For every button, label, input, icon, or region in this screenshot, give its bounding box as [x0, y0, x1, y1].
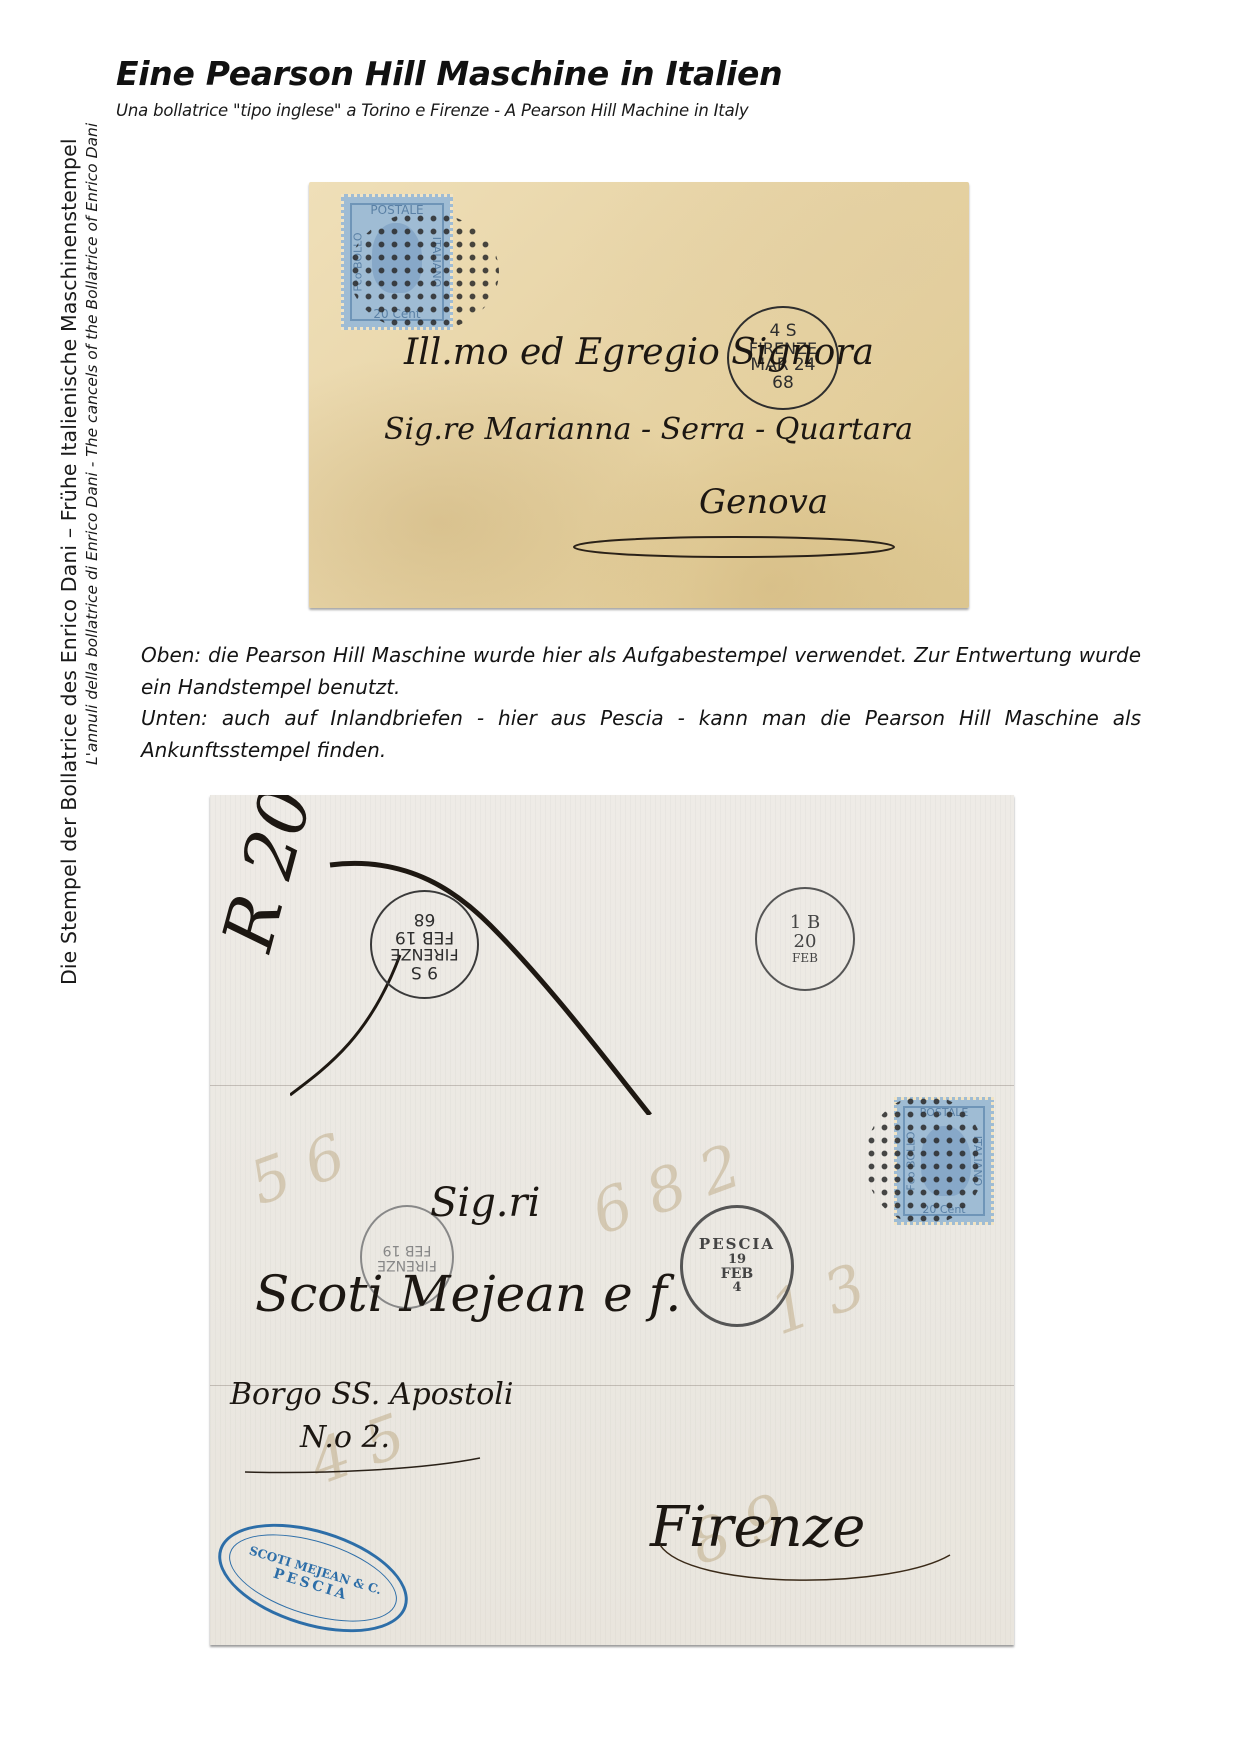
series-subtitle-vertical: L'annuli della bollatrice di Enrico Dani…	[83, 123, 101, 765]
address-street: Borgo SS. Apostoli	[230, 1377, 513, 1412]
address-line-2: Sig.re Marianna - Serra - Quartara	[384, 412, 913, 447]
address-line-3: Genova	[699, 482, 828, 522]
bottom-cover-image: 5 6 6 8 2 1 3 4 5 8 9 R 20 10 9 S FIRENZ…	[210, 795, 1014, 1645]
numeral-dotted-cancel	[349, 212, 499, 332]
firenze-postmark-inverted: 9 S FIRENZE FEB 19 68	[370, 890, 479, 999]
arrival-postmark: 1 B 20 FEB	[755, 887, 855, 991]
numeral-dotted-cancel	[865, 1095, 985, 1225]
sender-company-stamp: SCOTI MEJEAN & C. PESCIA	[210, 1503, 421, 1645]
underline-flourish	[650, 1535, 960, 1595]
address-salutation: Sig.ri	[430, 1180, 540, 1226]
pescia-postmark: PESCIA 19 FEB 4	[680, 1205, 794, 1327]
address-name: Scoti Mejean e f.	[255, 1265, 681, 1323]
series-title-vertical: Die Stempel der Bollatrice des Enrico Da…	[57, 138, 81, 985]
top-cover-image: POSTALE ITALIANO Fco BOLLO 20 Cent 4 S F…	[309, 182, 969, 608]
address-line-1: Ill.mo ed Egregio Signora	[404, 332, 874, 373]
underline-flourish	[240, 1450, 490, 1480]
page-title: Eine Pearson Hill Maschine in Italien	[116, 54, 782, 93]
underline-flourish	[569, 527, 899, 567]
page-subtitle: Una bollatrice "tipo inglese" a Torino e…	[116, 101, 748, 120]
description-text: Oben: die Pearson Hill Maschine wurde hi…	[141, 640, 1141, 766]
pen-stroke	[290, 835, 670, 1115]
caption-bottom: Unten: auch auf Inlandbriefen - hier aus…	[141, 703, 1141, 766]
caption-top: Oben: die Pearson Hill Maschine wurde hi…	[141, 640, 1141, 703]
